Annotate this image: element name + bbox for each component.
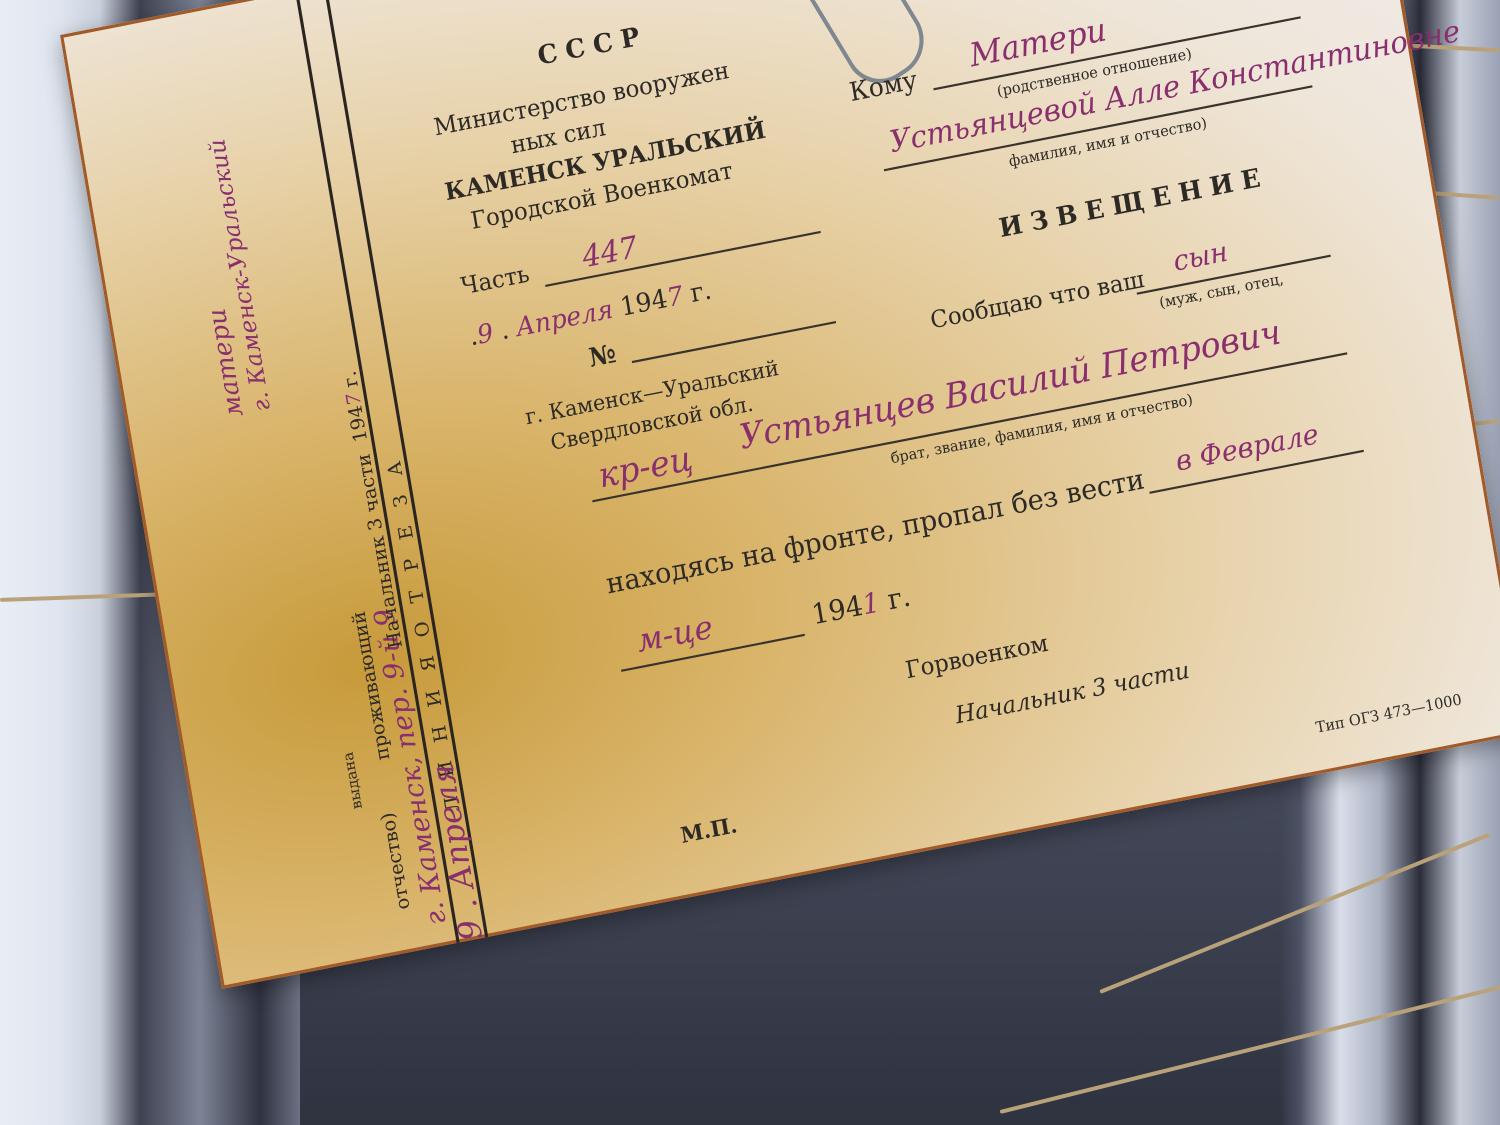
country-header: СССР [535, 19, 650, 71]
number-line [632, 321, 836, 363]
missing-text: находясь на фронте, пропал без вести [604, 464, 1147, 601]
printer-mark: Тип ОГЗ 473—1000 [1315, 691, 1463, 737]
body-intro: Сообщаю что ваш [929, 266, 1147, 334]
missing-month: в Феврале [1173, 419, 1321, 479]
stamp-place: М.П. [679, 812, 739, 848]
number-mark: № [587, 337, 619, 373]
soldier-rank: кр-ец [595, 437, 695, 496]
body-relation-value: сын [1171, 236, 1230, 278]
notice-title: ИЗВЕЩЕНИЕ [997, 160, 1271, 243]
unit-label: Часть [459, 261, 531, 301]
missing-year: 1941 г. [809, 581, 913, 632]
issued-label: выдана [340, 751, 366, 811]
commissar-title: Горвоенком [904, 630, 1051, 684]
